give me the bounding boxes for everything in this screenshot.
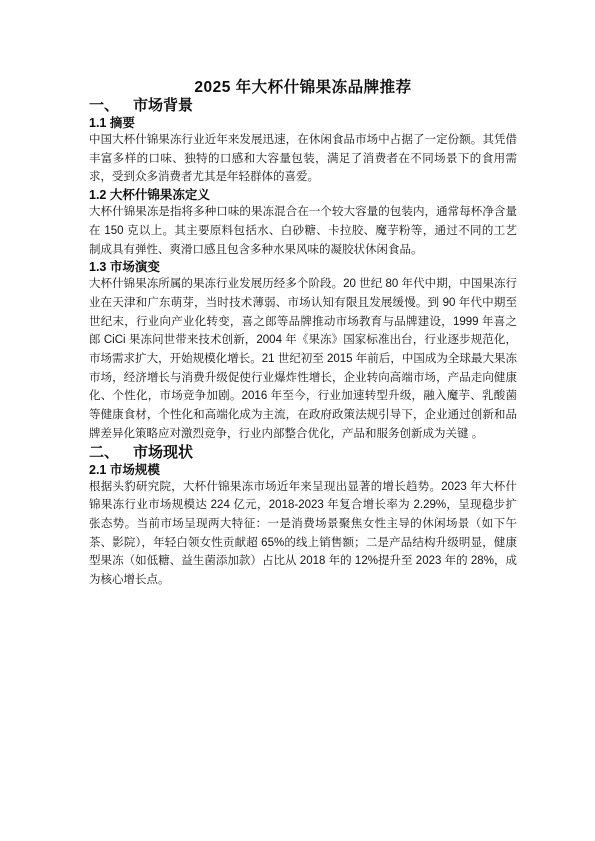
document-content: 2025 年大杯什锦果冻品牌推荐 一、市场背景 1.1 摘要 中国大杯什锦果冻行… [89, 0, 517, 590]
subsection-1-2-paragraph: 大杯什锦果冻是指将多种口味的果冻混合在一个较大容量的包装内，通常每杯净含量在 1… [89, 203, 517, 259]
subsection-2-1-heading: 2.1 市场规模 [89, 462, 517, 478]
section-1-heading: 一、市场背景 [89, 97, 517, 115]
section-1-title: 市场背景 [133, 97, 193, 114]
subsection-1-3-paragraph: 大杯什锦果冻所属的果冻行业发展历经多个阶段。20 世纪 80 年代中期，中国果冻… [89, 275, 517, 443]
document-title: 2025 年大杯什锦果冻品牌推荐 [89, 0, 517, 97]
section-2-title: 市场现状 [133, 444, 193, 461]
subsection-1-1-heading: 1.1 摘要 [89, 115, 517, 131]
document-page: 2025 年大杯什锦果冻品牌推荐 一、市场背景 1.1 摘要 中国大杯什锦果冻行… [0, 0, 595, 841]
section-2-number: 二、 [89, 444, 119, 461]
section-1-number: 一、 [89, 97, 119, 114]
subsection-2-1-paragraph: 根据头豹研究院，大杯什锦果冻市场近年来呈现出显著的增长趋势。2023 年大杯什锦… [89, 478, 517, 590]
subsection-1-2-heading: 1.2 大杯什锦果冻定义 [89, 187, 517, 203]
section-2-heading: 二、市场现状 [89, 444, 517, 462]
subsection-1-3-heading: 1.3 市场演变 [89, 259, 517, 275]
subsection-1-1-paragraph: 中国大杯什锦果冻行业近年来发展迅速，在休闲食品市场中占据了一定份额。其凭借丰富多… [89, 131, 517, 187]
